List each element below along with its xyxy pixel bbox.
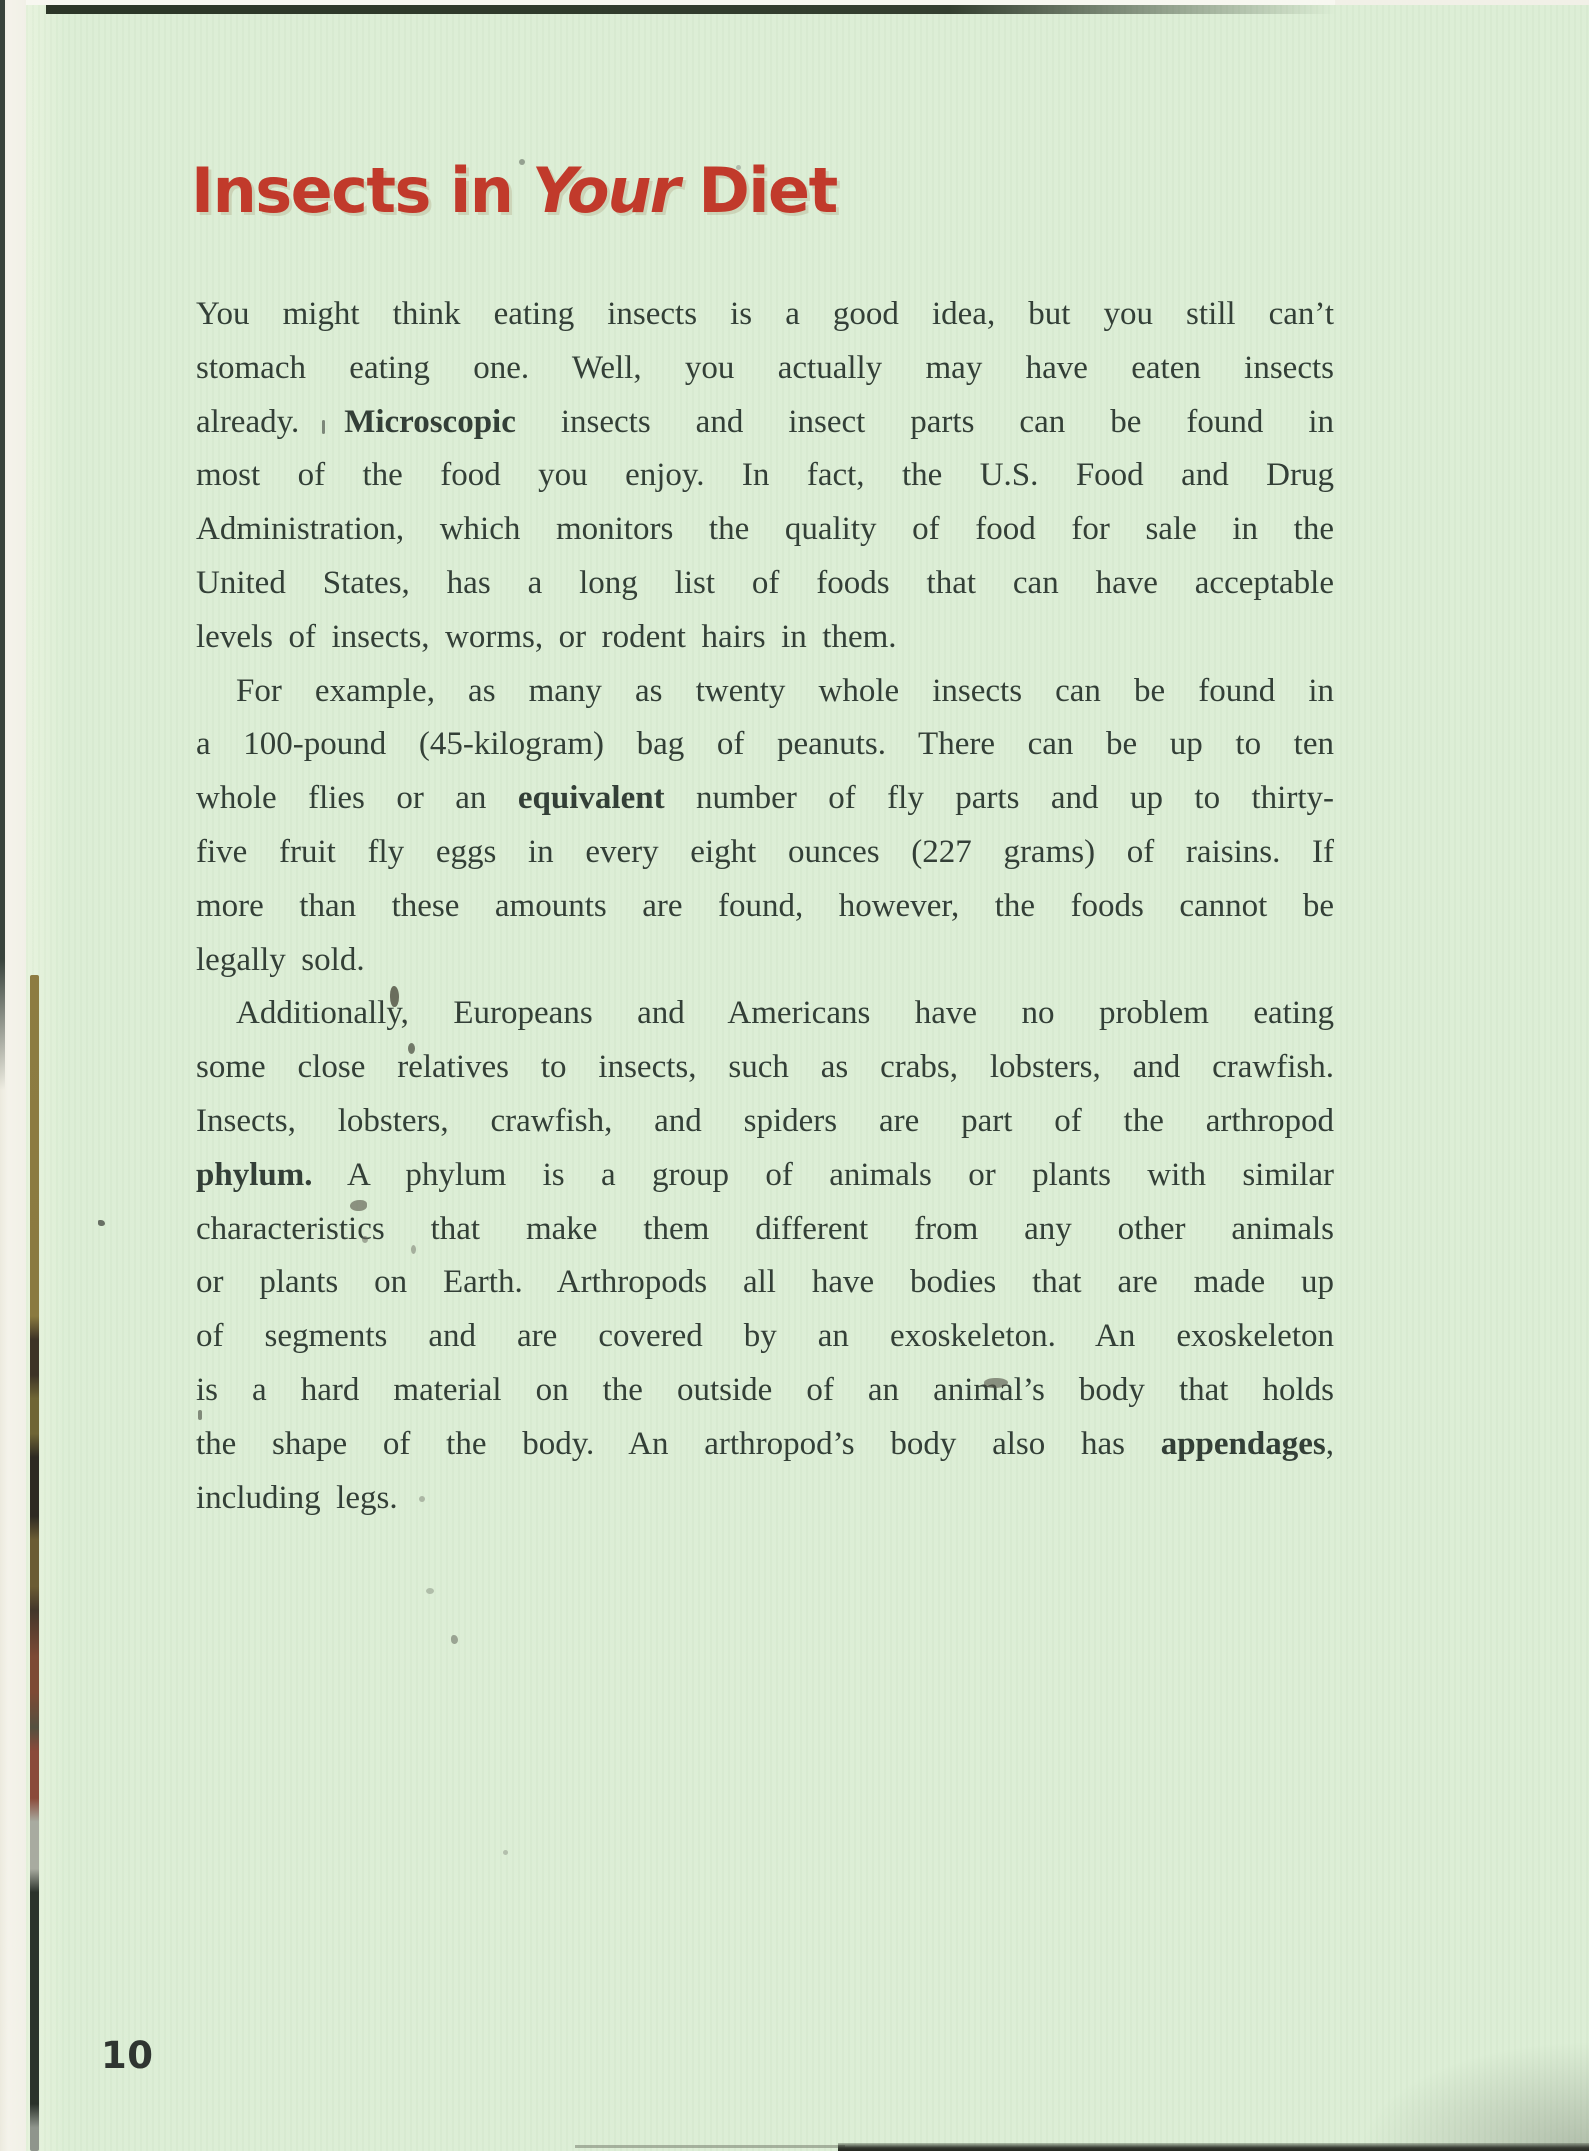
scan-speck xyxy=(390,986,399,1007)
text-line: Administration, which monitors the quali… xyxy=(196,503,1334,557)
text-line: of segments and are covered by an exoske… xyxy=(196,1310,1334,1364)
page-number: 10 xyxy=(101,2034,154,2077)
text-line: legally sold. xyxy=(196,934,1334,988)
text-line: or plants on Earth. Arthropods all have … xyxy=(196,1256,1334,1310)
paragraph: Additionally, Europeans and Americans ha… xyxy=(196,987,1334,1525)
text-line: Additionally, Europeans and Americans ha… xyxy=(196,987,1334,1041)
paragraph: For example, as many as twenty whole ins… xyxy=(196,665,1334,988)
text-line: levels of insects, worms, or rodent hair… xyxy=(196,611,1334,665)
text-line: is a hard material on the outside of an … xyxy=(196,1364,1334,1418)
title-run: Diet xyxy=(678,154,837,227)
title-run: Insects in xyxy=(191,154,512,227)
page-bottom-edge-faint xyxy=(575,2145,845,2148)
text-line: including legs. xyxy=(196,1472,1334,1526)
scan-speck xyxy=(503,1850,508,1855)
text-line: Insects, lobsters, crawfish, and spiders… xyxy=(196,1095,1334,1149)
scan-speck xyxy=(426,1588,434,1594)
text-line: whole flies or an equivalent number of f… xyxy=(196,772,1334,826)
text-line: You might think eating insects is a good… xyxy=(196,288,1334,342)
text-line: stomach eating one. Well, you actually m… xyxy=(196,342,1334,396)
text-line: a 100-pound (45-kilogram) bag of peanuts… xyxy=(196,718,1334,772)
scan-speck xyxy=(411,1245,416,1254)
body-text: You might think eating insects is a good… xyxy=(196,288,1334,1525)
scan-speck xyxy=(451,1635,458,1644)
scan-speck xyxy=(419,1496,425,1502)
text-line: five fruit fly eggs in every eight ounce… xyxy=(196,826,1334,880)
page-top-edge-shadow xyxy=(46,5,1336,14)
text-line: some close relatives to insects, such as… xyxy=(196,1041,1334,1095)
scan-speck xyxy=(350,1200,367,1211)
text-line: more than these amounts are found, howev… xyxy=(196,880,1334,934)
text-line: For example, as many as twenty whole ins… xyxy=(196,665,1334,719)
title-run-italic: Your xyxy=(512,154,678,227)
text-line: characteristics that make them different… xyxy=(196,1203,1334,1257)
scan-speck xyxy=(519,159,525,165)
text-line: phylum. A phylum is a group of animals o… xyxy=(196,1149,1334,1203)
scan-speck xyxy=(408,1043,415,1054)
paragraph: You might think eating insects is a good… xyxy=(196,288,1334,665)
corner-shadow xyxy=(1359,2041,1589,2151)
scan-speck xyxy=(736,165,741,170)
text-line: the shape of the body. An arthropod’s bo… xyxy=(196,1418,1334,1472)
text-line: most of the food you enjoy. In fact, the… xyxy=(196,449,1334,503)
scan-speck xyxy=(198,1410,202,1420)
underlying-page-edge xyxy=(30,975,39,2151)
text-line: already. Microscopic insects and insect … xyxy=(196,396,1334,450)
text-line: United States, has a long list of foods … xyxy=(196,557,1334,611)
scan-speck xyxy=(362,1236,368,1243)
book-spine-edge xyxy=(0,0,5,1090)
scanned-book-page: Insects in Your Diet You might think eat… xyxy=(0,0,1589,2151)
scan-speck xyxy=(322,420,325,434)
scan-speck xyxy=(98,1220,105,1226)
